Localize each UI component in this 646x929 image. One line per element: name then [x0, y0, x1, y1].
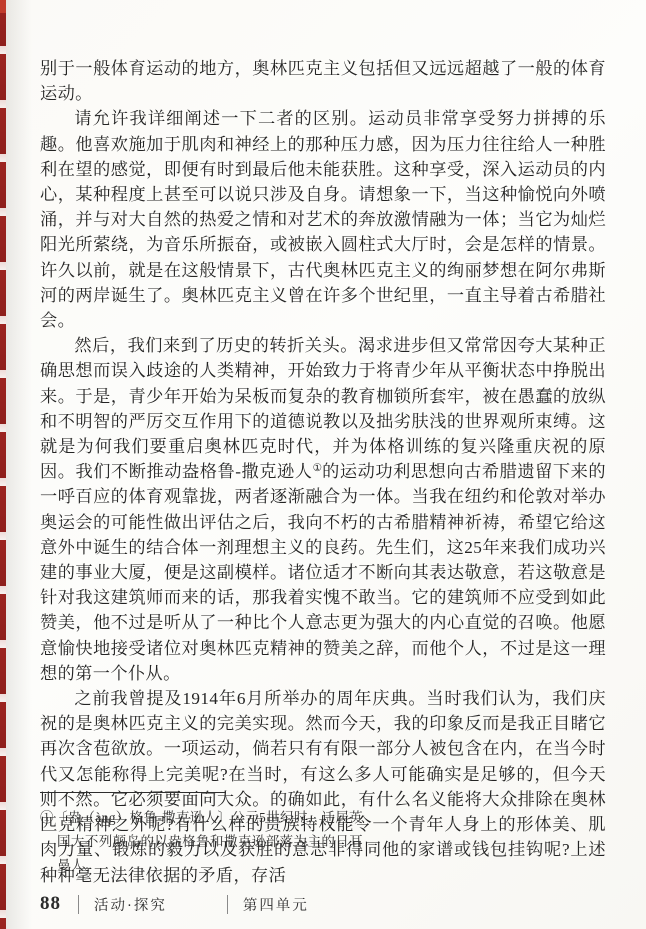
footer-divider: [227, 895, 228, 914]
book-page: 别于一般体育运动的地方，奥林匹克主义包括但又远远超越了一般的体育运动。 请允许我…: [0, 0, 646, 929]
footer-unit-label: 第四单元: [243, 894, 309, 915]
body-paragraph: 然后，我们来到了历史的转折关头。渴求进步但又常常因夸大某种正确思想而误入歧途的人…: [40, 333, 606, 686]
paragraph-text: 然后，我们来到了历史的转折关头。渴求进步但又常常因夸大某种正确思想而误入歧途的人…: [40, 336, 606, 481]
paragraph-text: 的运动功利思想向古希腊遗留下来的一呼百应的体育观靠拢，两者逐渐融合为一体。当我在…: [40, 462, 606, 683]
footnote-divider: [40, 792, 226, 793]
body-paragraph: 别于一般体育运动的地方，奥林匹克主义包括但又远远超越了一般的体育运动。: [40, 56, 606, 106]
page-number: 88: [40, 893, 61, 915]
article-body: 别于一般体育运动的地方，奥林匹克主义包括但又远远超越了一般的体育运动。 请允许我…: [40, 56, 606, 888]
footer-divider: [78, 895, 79, 914]
footnote-marker: ①: [40, 810, 54, 825]
footnote-text: 〔盎（àng）格鲁-撒克逊人〕公元5世纪时，迁居英国大不列颠岛的以盎格鲁和撒克逊…: [54, 810, 363, 873]
page-footer: 88 活动·探究 第四单元: [40, 891, 309, 917]
body-paragraph: 请允许我详细阐述一下二者的区别。运动员非常享受努力拼搏的乐趣。他喜欢施加于肌肉和…: [40, 106, 606, 333]
book-spine-edge: [0, 0, 6, 929]
footer-section-label: 活动·探究: [94, 894, 167, 915]
binding-shadow: [6, 0, 32, 929]
footnote-reference-mark: ①: [313, 463, 323, 474]
footnote: ①〔盎（àng）格鲁-撒克逊人〕公元5世纪时，迁居英国大不列颠岛的以盎格鲁和撒克…: [40, 806, 363, 878]
